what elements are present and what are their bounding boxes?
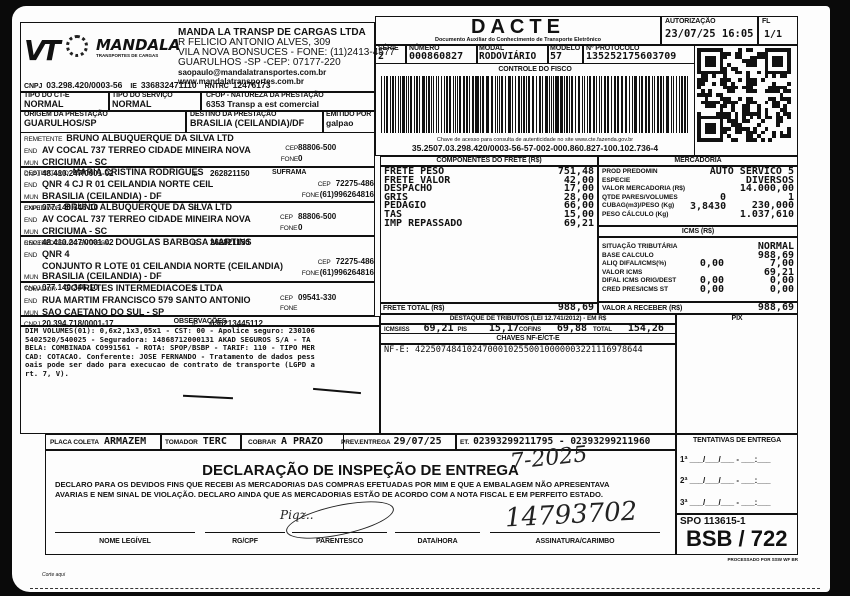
observacoes-label: OBSERVAÇÕES <box>20 318 380 325</box>
issuer-registration: CNPJ 03.298.420/0003-56 IE 336832471110 … <box>24 80 270 90</box>
tomador-end: RUA MARTIM FRANCISCO 579 SANTO ANTONIO <box>42 295 251 305</box>
aliq-difal-value: 0,00 <box>680 260 724 269</box>
icms-right-values: NORMAL 988,69 7,00 69,21 0,00 0,00 <box>720 243 794 295</box>
recebedor-contact: CEP72275-486 FONE(61)996264816 <box>276 257 374 279</box>
componente-name: IMP REPASSADO <box>384 220 462 229</box>
cut-label: Corte aqui <box>42 572 65 578</box>
pix-label: PIX <box>676 315 798 322</box>
modelo-value: 57 <box>550 52 580 61</box>
icms-labels: SITUAÇÃO TRIBUTÁRIA BASE CALCULO ALIQ DI… <box>602 243 677 295</box>
rg-cpf-label: RG/CPF <box>205 538 285 545</box>
cfop-value: 6353 Transp a est comercial <box>206 99 324 109</box>
expedidor-cep: 88806-500 <box>298 212 336 222</box>
autorizacao-value: 23/07/25 16:05 <box>665 28 754 40</box>
rntrc-label: RNTRC <box>205 83 229 90</box>
chaves-label: CHAVES NF-E/CT-E <box>380 335 676 342</box>
recebedor-cep: 72275-486 <box>336 257 374 267</box>
cut-line <box>30 588 820 589</box>
icms-left-values: 0,00 0,00 0,00 <box>680 260 724 294</box>
peso-calculo-value: 1.037,610 <box>680 211 794 220</box>
issuer-rntrc: 12476173 <box>233 80 271 90</box>
tipo-cte-field: TIPO DO CT-E NORMAL <box>24 92 69 109</box>
controle-fisco-label: CONTROLE DO FISCO <box>375 66 695 73</box>
componente-row: IMP REPASSADO69,21 <box>384 220 594 229</box>
frete-total-value: 988,69 <box>520 302 594 313</box>
cred-value: 0,00 <box>680 286 724 295</box>
parentesco-label: PARENTESCO <box>292 538 387 545</box>
recebedor-end1: QNR 4 <box>42 249 70 259</box>
recebedor-name: DOUGLAS BARBOSA MARTINS <box>115 237 251 247</box>
mercadoria-label: MERCADORIA <box>598 157 798 164</box>
ie-label: IE <box>130 83 136 90</box>
cobrar-value: A PRAZO <box>281 436 323 447</box>
logo-icon: VT <box>24 34 57 67</box>
mercadoria-labels: PROD PREDOMIN ESPECIE VALOR MERCADORIA (… <box>602 168 685 220</box>
expedidor-mun: CRICIUMA - SC <box>42 226 107 236</box>
origem-field: ORIGEM DA PRESTAÇÃO GUARULHOS/SP <box>24 111 108 128</box>
tributos-label: DESTAQUE DE TRIBUTOS (Lei 12.741/2012) -… <box>380 315 676 322</box>
valor-receber-value: 988,69 <box>720 302 794 313</box>
cnpj-label: CNPJ <box>24 83 42 90</box>
destinatario-fone: (61)996264816 <box>320 190 374 200</box>
destino-field: DESTINO DA PRESTAÇÃO BRASILIA (CEILANDIA… <box>190 111 304 128</box>
dacte-title: DACTE <box>375 16 661 39</box>
remetente-contact: CEP88806-500 FONE0 <box>280 143 360 165</box>
destinatario-cep: 72275-486 <box>336 179 374 189</box>
routing-dest: BSB / 722 <box>686 526 788 552</box>
recebedor-mun: BRASILIA (CEILANDIA) - DF <box>42 271 162 281</box>
recebedor-end2: CONJUNTO R LOTE 01 CEILANDIA NORTE (CEIL… <box>42 261 283 271</box>
destinatario-end: QNR 4 CJ R 01 CEILANDIA NORTE CEIL <box>42 179 213 189</box>
issuer-ie: 336832471110 <box>141 80 197 90</box>
declaracao-line1: DECLARO PARA OS DEVIDOS FINS QUE RECEBI … <box>55 480 610 489</box>
tentativas-label: TENTATIVAS DE ENTREGA <box>676 437 798 444</box>
logo-subtitle: TRANSPORTES DE CARGAS <box>96 53 158 58</box>
protocolo-value: 135252175603709 <box>586 52 676 61</box>
destino-value: BRASILIA (CEILANDIA)/DF <box>190 118 304 128</box>
emitido-field: EMITIDO POR galpao <box>326 111 371 128</box>
expedidor-name: BRUNO ALBUQUERQUE DA SILVA LTD <box>65 202 233 212</box>
serie-value: 2 <box>378 52 399 61</box>
tomador-contact: CEP09541-330 FONE <box>280 293 360 314</box>
qr-code-icon[interactable] <box>697 48 791 142</box>
tomador-name: GOFRETES INTERMEDIACOES LTDA <box>64 283 223 293</box>
cfop-field: CFOP - NATUREZA DA PRESTAÇÃO 6353 Transp… <box>206 92 324 109</box>
logo-text: MANDALA <box>96 36 180 54</box>
fl-value: 1/1 <box>764 29 782 40</box>
componentes-list: FRETE PESO751,48FRETE VALOR42,00DESPACHO… <box>384 168 594 228</box>
tipo-cte-value: NORMAL <box>24 99 69 109</box>
issuer-cnpj: 03.298.420/0003-56 <box>46 80 122 90</box>
access-key-barcode <box>381 76 689 133</box>
emitido-value: galpao <box>326 118 371 128</box>
modal-field: MODAL RODOVIÁRIO <box>479 45 536 61</box>
numero-field: NÚMERO 000860827 <box>409 45 463 61</box>
nfe-key[interactable]: NF-E: 4225074841024700010255001000000322… <box>384 345 643 355</box>
prev-entrega-field: PREV.ENTREGA 29/07/25 <box>341 436 442 447</box>
tributos-row: ICMS/ISS 69,21 PIS 15,17 COFINS 69,88 TO… <box>384 323 674 334</box>
tentativa-1[interactable]: 1ª ___/___/___ - ___:___ <box>680 455 771 464</box>
expedidor-contact: CEP88806-500 FONE0 <box>280 212 360 234</box>
expedidor-end: AV COCAL 737 TERREO CIDADE MINEIRA NOVA <box>42 214 251 224</box>
suframa-label: SUFRAMA <box>272 169 306 176</box>
cobrar-field: COBRAR A PRAZO <box>248 436 323 447</box>
numero-value: 000860827 <box>409 52 463 61</box>
chave-acesso[interactable]: 35.2507.03.298.420/0003-56-57-002-000.86… <box>375 143 695 153</box>
observacoes-text: DIM VOLUMES(01): 0,6x2,1x3,05x1 - CST: 0… <box>25 327 377 379</box>
tentativa-2[interactable]: 2ª ___/___/___ - ___:___ <box>680 476 771 485</box>
issuer-address3: GUARULHOS -SP -CEP: 07177-220 <box>178 57 341 68</box>
tributos-cofins: 69,88 <box>541 323 587 334</box>
nome-legivel-label: NOME LEGÍVEL <box>55 538 195 545</box>
componente-row: PEDAGIO66,00 <box>384 202 594 211</box>
componentes-label: COMPONENTES DO FRETE (R$) <box>380 157 598 164</box>
tributos-icms: 69,21 <box>410 323 454 334</box>
cubagem-value: 3,8430 <box>690 203 726 212</box>
remetente-mun: CRICIUMA - SC <box>42 157 107 167</box>
logo-swirl-icon <box>66 35 88 57</box>
remetente-cep: 88806-500 <box>298 143 336 153</box>
serie-field: SÉRIE 2 <box>378 45 399 61</box>
tipo-servico-value: NORMAL <box>112 99 173 109</box>
pix-block <box>676 314 798 434</box>
dacte-subtitle: Documento Auxiliar do Conhecimento de Tr… <box>375 37 661 43</box>
modal-value: RODOVIÁRIO <box>479 52 536 61</box>
declaracao-line2: AVARIAS E NEM SINAL DE VIOLAÇÃO. DECLARO… <box>55 490 603 499</box>
tomador-tipo-field: TOMADOR TERC <box>165 436 227 447</box>
frete-total-label: FRETE TOTAL (R$) <box>383 305 444 312</box>
valor-receber-label: VALOR A RECEBER (R$) <box>602 305 682 312</box>
tomador-cep: 09541-330 <box>298 293 336 303</box>
data-hora-label: DATA/HORA <box>395 538 480 545</box>
tentativa-3[interactable]: 3ª ___/___/___ - ___:___ <box>680 498 771 507</box>
componente-value: 69,21 <box>564 220 594 229</box>
origem-value: GUARULHOS/SP <box>24 118 108 128</box>
destinatario-contact: CEP72275-486 FONE(61)996264816 <box>276 179 374 201</box>
modelo-field: MODELO 57 <box>550 45 580 61</box>
placa-field: PLACA COLETA ARMAZEM <box>50 436 146 447</box>
icms-label: ICMS (R$) <box>598 228 798 235</box>
remetente-name: BRUNO ALBUQUERQUE DA SILVA LTD <box>66 133 234 143</box>
componente-row: DESPACHO17,00 <box>384 185 594 194</box>
tipo-servico-field: TIPO DO SERVIÇO NORMAL <box>112 92 173 109</box>
recebedor-fone: (61)996264816 <box>320 268 374 278</box>
tributos-pis: 15,17 <box>467 323 519 334</box>
tributos-total: 154,26 <box>612 323 664 334</box>
tomador-tipo-value: TERC <box>203 436 227 447</box>
destinatario-name: MARIA CRISTINA RODRIGUES <box>73 167 204 177</box>
processado-label: PROCESSADO POR SSW WF BR <box>676 557 798 562</box>
remetente-end: AV COCAL 737 TERREO CIDADE MINEIRA NOVA <box>42 145 251 155</box>
valor-mercadoria-value: 14.000,00 <box>680 185 794 194</box>
issuer-email[interactable]: saopaulo@mandalatransportes.com.br <box>178 68 326 77</box>
destinatario-mun: BRASILIA (CEILANDIA) - DF <box>42 191 162 201</box>
st-value: 0,00 <box>720 286 794 295</box>
placa-value: ARMAZEM <box>104 436 146 447</box>
protocolo-field: Nº PROTOCOLO 135252175603709 <box>586 45 676 61</box>
assinatura-label: ASSINATURA/CARIMBO <box>490 538 660 545</box>
prev-entrega-value: 29/07/25 <box>394 436 442 447</box>
remetente-fone: 0 <box>298 154 302 164</box>
expedidor-fone: 0 <box>298 223 302 233</box>
